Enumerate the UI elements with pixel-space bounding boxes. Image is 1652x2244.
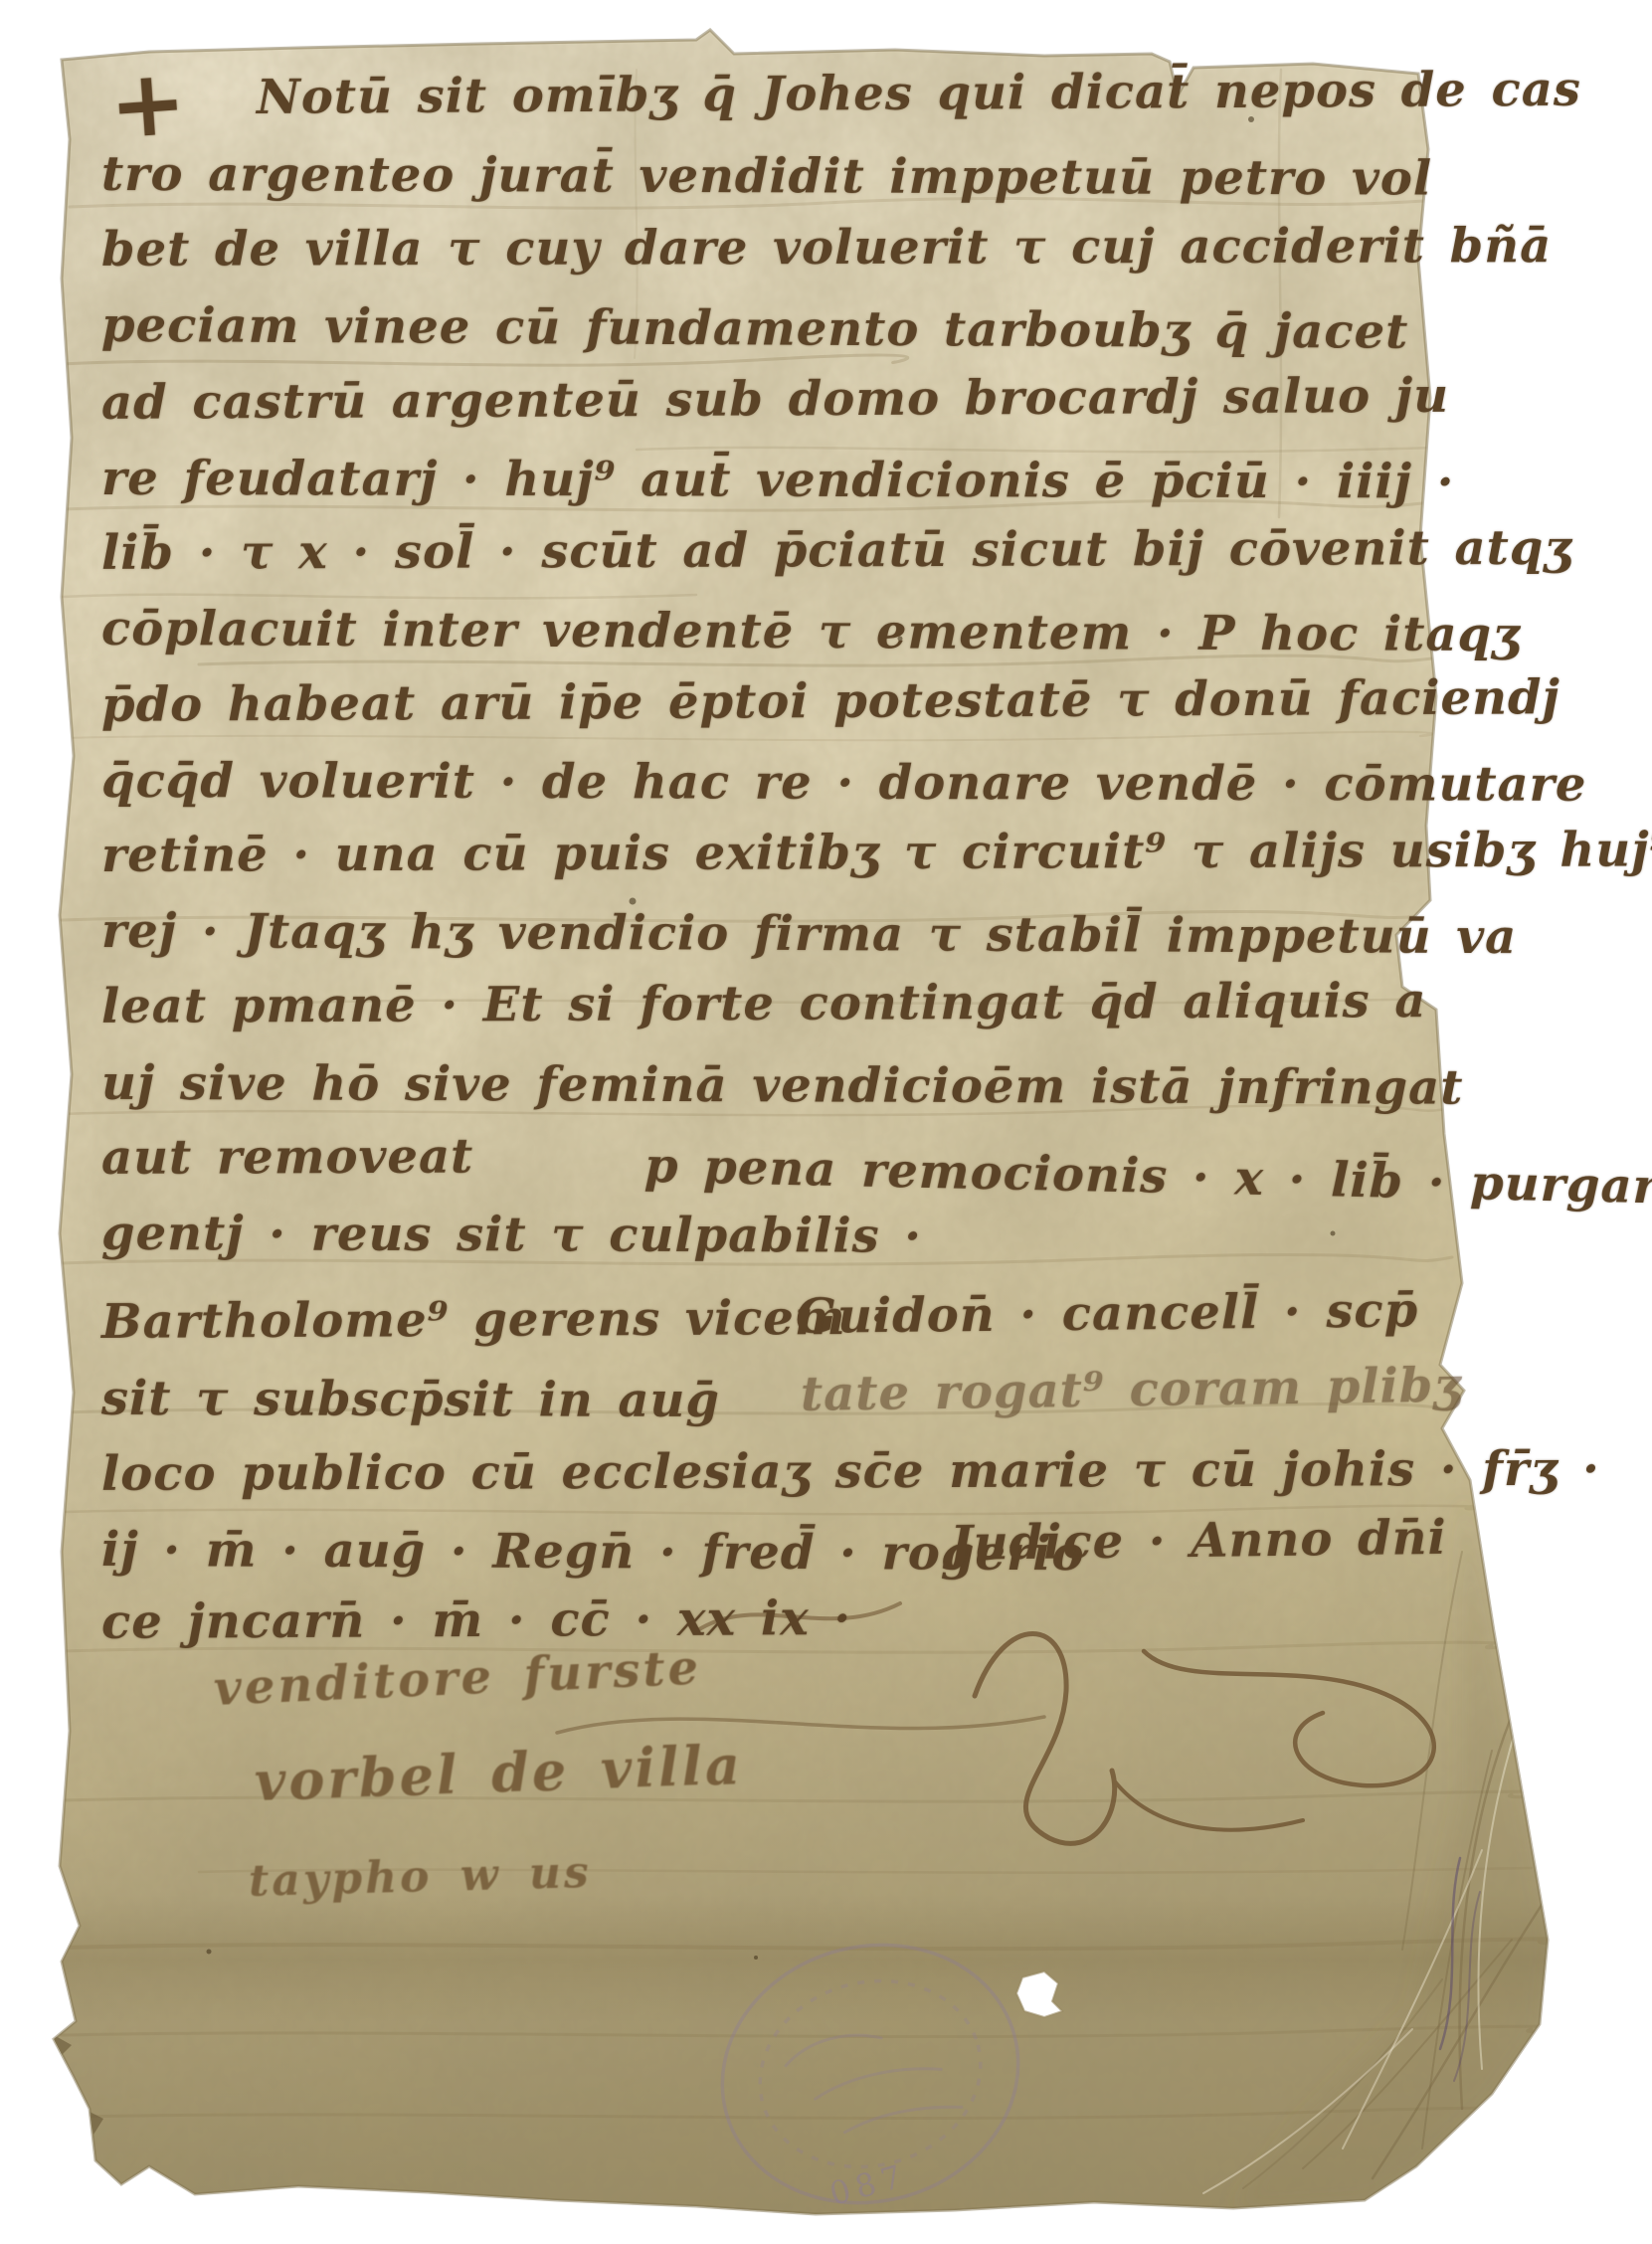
parchment-artwork: 087 — [0, 0, 1652, 2244]
dark-fold-band — [0, 1895, 1652, 2024]
manuscript-photo: 087 + — [0, 0, 1652, 2244]
parchment-texture: 087 — [0, 0, 1652, 2244]
